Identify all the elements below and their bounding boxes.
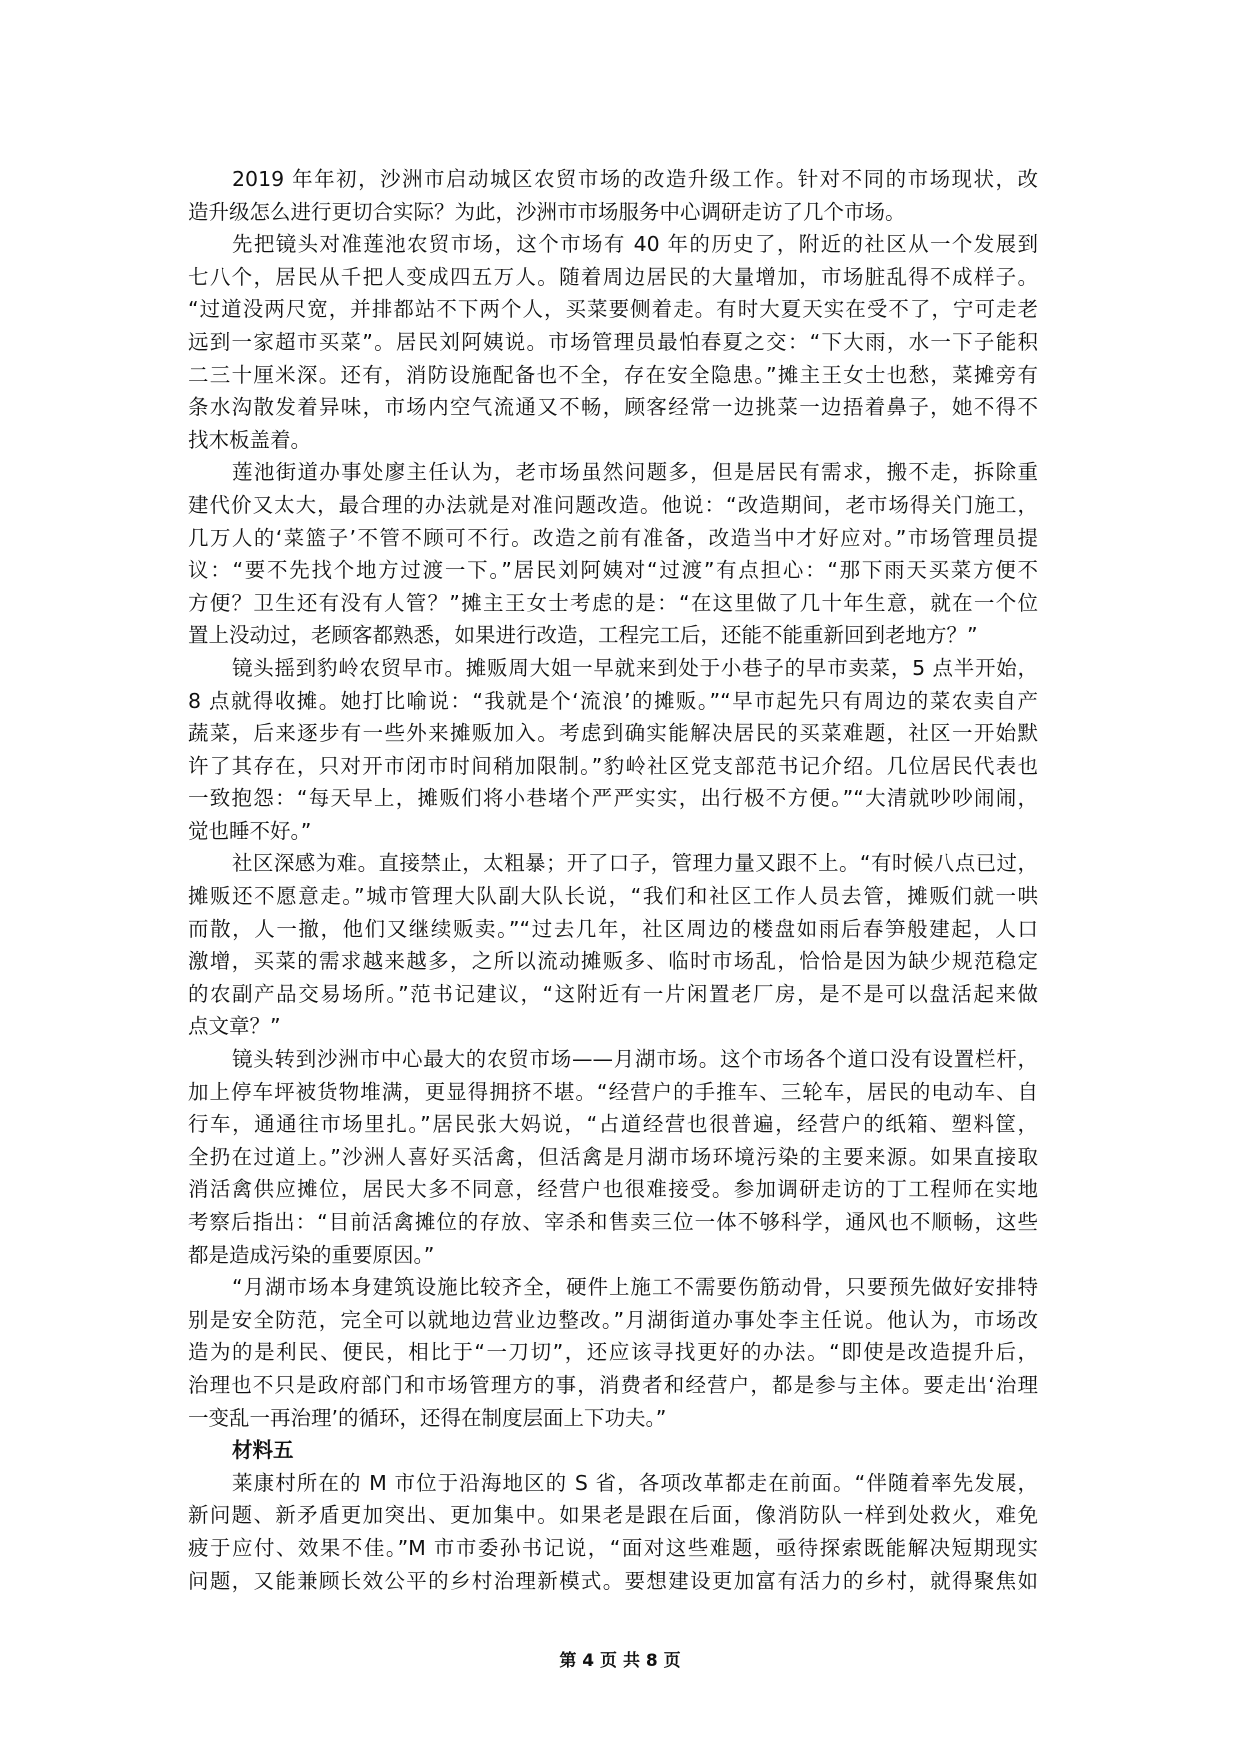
text-line: 消活禽供应摊位，居民大多不同意，经营户也很难接受。参加调研走访的丁工程师在实地 [188,1173,1038,1206]
text-line: 条水沟散发着异味，市场内空气流通又不畅，顾客经常一边挑菜一边捂着鼻子，她不得不 [188,391,1038,424]
paragraph-lianchi-director: 莲池街道办事处廖主任认为，老市场虽然问题多，但是居民有需求，搬不走，拆除重 建代… [188,456,1038,652]
paragraph-material-five: 莱康村所在的 M 市位于沿海地区的 S 省，各项改革都走在前面。“伴随着率先发展… [188,1467,1038,1597]
text-line: 造升级怎么进行更切合实际？为此，沙洲市市场服务中心调研走访了几个市场。 [188,196,1038,229]
document-page: 2019 年年初，沙洲市启动城区农贸市场的改造升级工作。针对不同的市场现状，改 … [0,0,1240,1754]
text-line: 建代价又太大，最合理的办法就是对准问题改造。他说：“改造期间，老市场得关门施工， [188,489,1038,522]
text-line: 许了其存在，只对开市闭市时间稍加限制。”豹岭社区党支部范书记介绍。几位居民代表也 [188,750,1038,783]
paragraph-intro: 2019 年年初，沙洲市启动城区农贸市场的改造升级工作。针对不同的市场现状，改 … [188,163,1038,228]
text-line: 的农副产品交易场所。”范书记建议，“这附近有一片闲置老厂房，是不是可以盘活起来做 [188,978,1038,1011]
text-line: 点文章？” [188,1010,1038,1043]
paragraph-community-dilemma: 社区深感为难。直接禁止，太粗暴；开了口子，管理力量又跟不上。“有时候八点已过， … [188,847,1038,1043]
text-line: 社区深感为难。直接禁止，太粗暴；开了口子，管理力量又跟不上。“有时候八点已过， [188,847,1038,880]
text-line: 加上停车坪被货物堆满，更显得拥挤不堪。“经营户的手推车、三轮车，居民的电动车、自 [188,1076,1038,1109]
text-line: 觉也睡不好。” [188,815,1038,848]
text-line: 问题，又能兼顾长效公平的乡村治理新模式。要想建设更加富有活力的乡村，就得聚焦如 [188,1565,1038,1598]
page-number-footer: 第 4 页 共 8 页 [0,1646,1240,1671]
paragraph-lianchi-market: 先把镜头对准莲池农贸市场，这个市场有 40 年的历史了，附近的社区从一个发展到 … [188,228,1038,456]
text-line: 疲于应付、效果不佳。”M 市市委孙书记说，“面对这些难题，亟待探索既能解决短期现… [188,1532,1038,1565]
text-line: 镜头转到沙洲市中心最大的农贸市场——月湖市场。这个市场各个道口没有设置栏杆， [188,1043,1038,1076]
paragraph-yuehu-director: “月湖市场本身建筑设施比较齐全，硬件上施工不需要伤筋动骨，只要预先做好安排特 别… [188,1271,1038,1434]
text-line: 全扔在过道上。”沙洲人喜好买活禽，但活禽是月湖市场环境污染的主要来源。如果直接取 [188,1141,1038,1174]
text-line: “过道没两尺宽，并排都站不下两个人，买菜要侧着走。有时大夏天实在受不了，宁可走老 [188,293,1038,326]
document-body: 2019 年年初，沙洲市启动城区农贸市场的改造升级工作。针对不同的市场现状，改 … [188,163,1038,1597]
text-line: 一变乱一再治理’的循环，还得在制度层面上下功夫。” [188,1402,1038,1435]
text-line: 议：“要不先找个地方过渡一下。”居民刘阿姨对“过渡”有点担心：“那下雨天买菜方便… [188,554,1038,587]
paragraph-yuehu-market: 镜头转到沙洲市中心最大的农贸市场——月湖市场。这个市场各个道口没有设置栏杆， 加… [188,1043,1038,1271]
text-line: 新问题、新矛盾更加突出、更加集中。如果老是跟在后面，像消防队一样到处救火，难免 [188,1499,1038,1532]
text-line: 蔬菜，后来逐步有一些外来摊贩加入。考虑到确实能解决居民的买菜难题，社区一开始默 [188,717,1038,750]
text-line: 行车，通通往市场里扎。”居民张大妈说，“占道经营也很普遍，经营户的纸箱、塑料筐， [188,1108,1038,1141]
text-line: 七八个，居民从千把人变成四五万人。随着周边居民的大量增加，市场脏乱得不成样子。 [188,261,1038,294]
text-line: 激增，买菜的需求越来越多，之所以流动摊贩多、临时市场乱，恰恰是因为缺少规范稳定 [188,945,1038,978]
text-line: 别是安全防范，完全可以就地边营业边整改。”月湖街道办事处李主任说。他认为，市场改 [188,1304,1038,1337]
text-line: 镜头摇到豹岭农贸早市。摊贩周大姐一早就来到处于小巷子的早市卖菜，5 点半开始， [188,652,1038,685]
text-line: “月湖市场本身建筑设施比较齐全，硬件上施工不需要伤筋动骨，只要预先做好安排特 [188,1271,1038,1304]
text-line: 先把镜头对准莲池农贸市场，这个市场有 40 年的历史了，附近的社区从一个发展到 [188,228,1038,261]
text-line: 摊贩还不愿意走。”城市管理大队副大队长说，“我们和社区工作人员去管，摊贩们就一哄 [188,880,1038,913]
text-line: 造为的是利民、便民，相比于“一刀切”，还应该寻找更好的办法。“即使是改造提升后， [188,1336,1038,1369]
text-line: 莲池街道办事处廖主任认为，老市场虽然问题多，但是居民有需求，搬不走，拆除重 [188,456,1038,489]
text-line: 方便？卫生还有没有人管？”摊主王女士考虑的是：“在这里做了几十年生意，就在一个位 [188,587,1038,620]
text-line: 治理也不只是政府部门和市场管理方的事，消费者和经营户，都是参与主体。要走出‘治理 [188,1369,1038,1402]
text-line: 都是造成污染的重要原因。” [188,1239,1038,1272]
text-line: 找木板盖着。 [188,424,1038,457]
text-line: 二三十厘米深。还有，消防设施配备也不全，存在安全隐患。”摊主王女士也愁，菜摊旁有 [188,359,1038,392]
text-line: 一致抱怨：“每天早上，摊贩们将小巷堵个严严实实，出行极不方便。”“大清就吵吵闹闹… [188,782,1038,815]
text-line: 2019 年年初，沙洲市启动城区农贸市场的改造升级工作。针对不同的市场现状，改 [188,163,1038,196]
text-line: 置上没动过，老顾客都熟悉，如果进行改造，工程完工后，还能不能重新回到老地方？” [188,619,1038,652]
text-line: 远到一家超市买菜”。居民刘阿姨说。市场管理员最怕春夏之交：“下大雨，水一下子能积 [188,326,1038,359]
paragraph-baoling-market: 镜头摇到豹岭农贸早市。摊贩周大姐一早就来到处于小巷子的早市卖菜，5 点半开始， … [188,652,1038,848]
text-line: 考察后指出：“目前活禽摊位的存放、宰杀和售卖三位一体不够科学，通风也不顺畅，这些 [188,1206,1038,1239]
section-heading: 材料五 [188,1434,1038,1467]
text-line: 而散，人一撤，他们又继续贩卖。”“过去几年，社区周边的楼盘如雨后春笋般建起，人口 [188,913,1038,946]
text-line: 莱康村所在的 M 市位于沿海地区的 S 省，各项改革都走在前面。“伴随着率先发展… [188,1467,1038,1500]
text-line: 几万人的‘菜篮子’不管不顾可不行。改造之前有准备，改造当中才好应对。”市场管理员… [188,522,1038,555]
text-line: 8 点就得收摊。她打比喻说：“我就是个‘流浪’的摊贩。”“早市起先只有周边的菜农… [188,685,1038,718]
